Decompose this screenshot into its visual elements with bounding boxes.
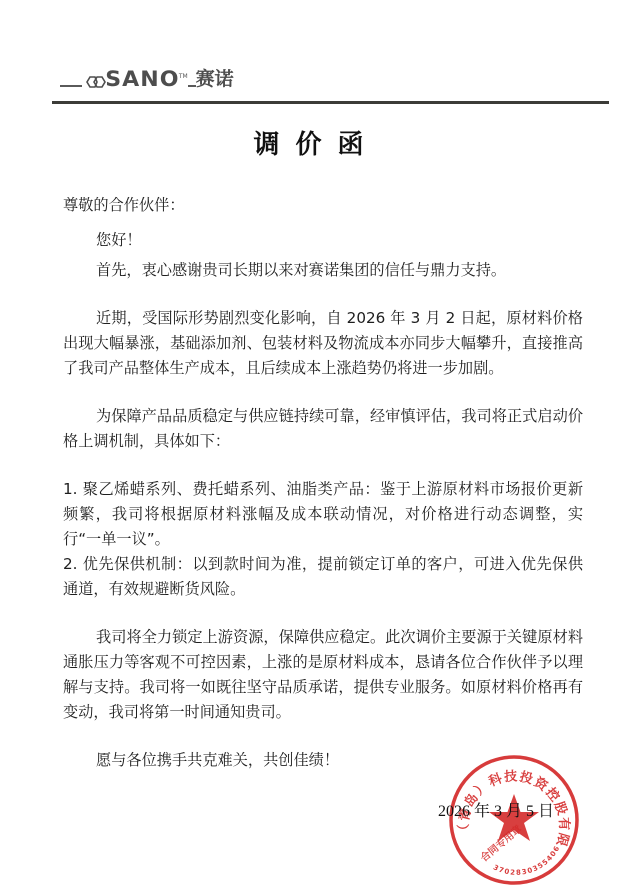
- logo-underline-right: [188, 85, 196, 87]
- logo-wordmark: SANO: [105, 68, 179, 90]
- list-item: 2. 优先保供机制：以到款时间为准，提前锁定订单的客户，可进入优先保供通道，有效…: [63, 552, 583, 602]
- document-title: 调价函: [0, 124, 623, 161]
- company-logo: SANO TM: [84, 68, 188, 90]
- letterhead: SANO TM 赛诺: [60, 60, 234, 90]
- adjustment-list: 1. 聚乙烯蜡系列、费托蜡系列、油脂类产品：鉴于上游原材料市场报价更新频繁，我司…: [63, 477, 583, 602]
- list-item: 1. 聚乙烯蜡系列、费托蜡系列、油脂类产品：鉴于上游原材料市场报价更新频繁，我司…: [63, 477, 583, 552]
- list-item-text: 优先保供机制：以到款时间为准，提前锁定订单的客户，可进入优先保供通道，有效规避断…: [63, 555, 583, 598]
- logo-underline-left: [60, 85, 82, 87]
- list-item-text: 聚乙烯蜡系列、费托蜡系列、油脂类产品：鉴于上游原材料市场报价更新频繁，我司将根据…: [63, 480, 583, 548]
- hexagon-logo-icon: [84, 72, 106, 88]
- paragraph-commitment: 我司将全力锁定上游资源，保障供应稳定。此次调价主要源于关键原材料通胀压力等客观不…: [63, 625, 583, 725]
- trademark-symbol: TM: [179, 66, 188, 88]
- header-divider: [52, 101, 609, 104]
- logo-chinese-name: 赛诺: [196, 68, 234, 90]
- seal-bottom-label: 合同专用章: [478, 822, 525, 864]
- paragraph-background: 近期，受国际形势剧烈变化影响，自 2026 年 3 月 2 日起，原材料价格出现…: [63, 306, 583, 381]
- letter-body: 尊敬的合作伙伴： 您好！ 首先，衷心感谢贵司长期以来对赛诺集团的信任与鼎力支持。…: [63, 193, 583, 773]
- salutation: 尊敬的合作伙伴：: [63, 193, 583, 218]
- paragraph-thanks: 首先，衷心感谢贵司长期以来对赛诺集团的信任与鼎力支持。: [63, 258, 583, 283]
- list-item-number: 2.: [63, 555, 78, 573]
- list-item-number: 1.: [63, 480, 78, 498]
- greeting: 您好！: [63, 228, 583, 253]
- paragraph-mechanism-intro: 为保障产品品质稳定与供应链持续可靠，经审慎评估，我司将正式启动价格上调机制，具体…: [63, 404, 583, 454]
- signature-date: 2026 年 3 月 5 日: [438, 798, 554, 821]
